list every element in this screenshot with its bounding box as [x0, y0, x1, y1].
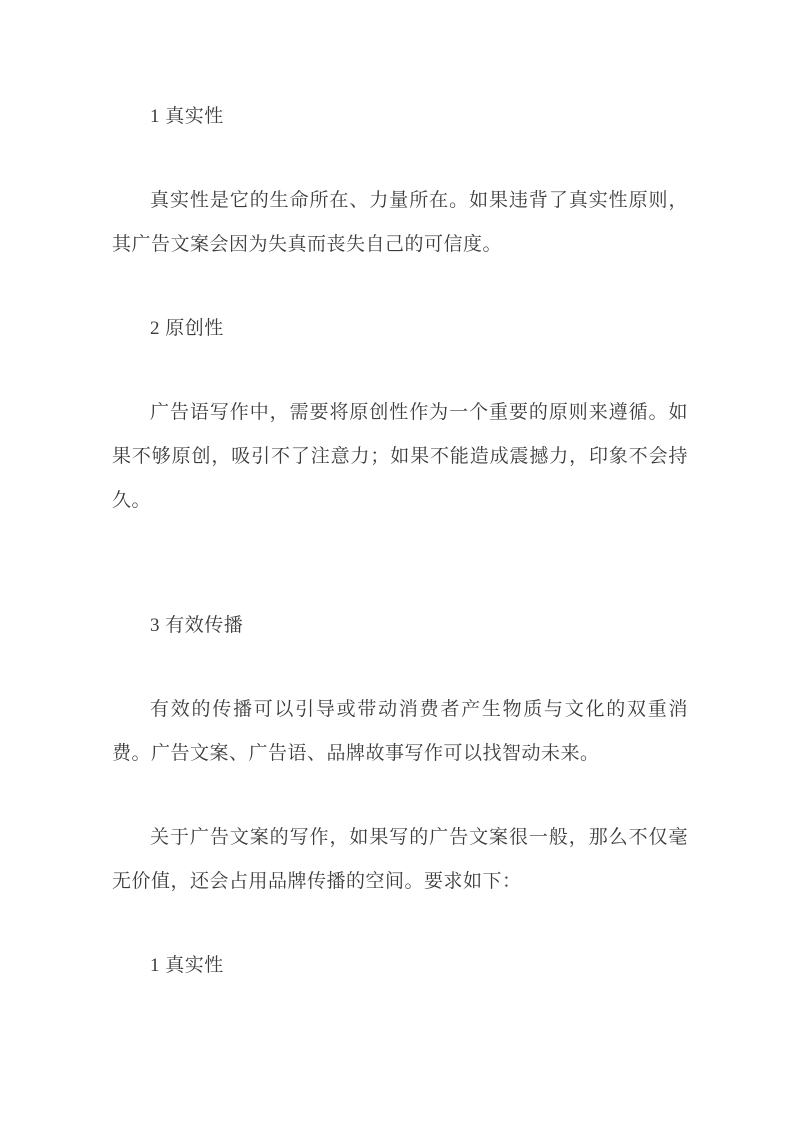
- document-page: 1 真实性 真实性是它的生命所在、力量所在。如果违背了真实性原则，其广告文案会因…: [0, 0, 800, 1132]
- paragraph-effective-spread-body: 有效的传播可以引导或带动消费者产生物质与文化的双重消费。广告文案、广告语、品牌故…: [112, 688, 688, 776]
- heading-authenticity-1: 1 真实性: [112, 95, 688, 139]
- blank-line: [112, 563, 688, 604]
- document-content: 1 真实性 真实性是它的生命所在、力量所在。如果违背了真实性原则，其广告文案会因…: [112, 95, 688, 988]
- paragraph-authenticity-body: 真实性是它的生命所在、力量所在。如果违背了真实性原则，其广告文案会因为失真而丧失…: [112, 179, 688, 267]
- heading-authenticity-2: 1 真实性: [112, 944, 688, 988]
- heading-effective-spread: 3 有效传播: [112, 604, 688, 648]
- paragraph-copywriting-requirements: 关于广告文案的写作，如果写的广告文案很一般，那么不仅毫无价值，还会占用品牌传播的…: [112, 816, 688, 904]
- paragraph-originality-body: 广告语写作中，需要将原创性作为一个重要的原则来遵循。如果不够原创，吸引不了注意力…: [112, 391, 688, 523]
- heading-originality: 2 原创性: [112, 307, 688, 351]
